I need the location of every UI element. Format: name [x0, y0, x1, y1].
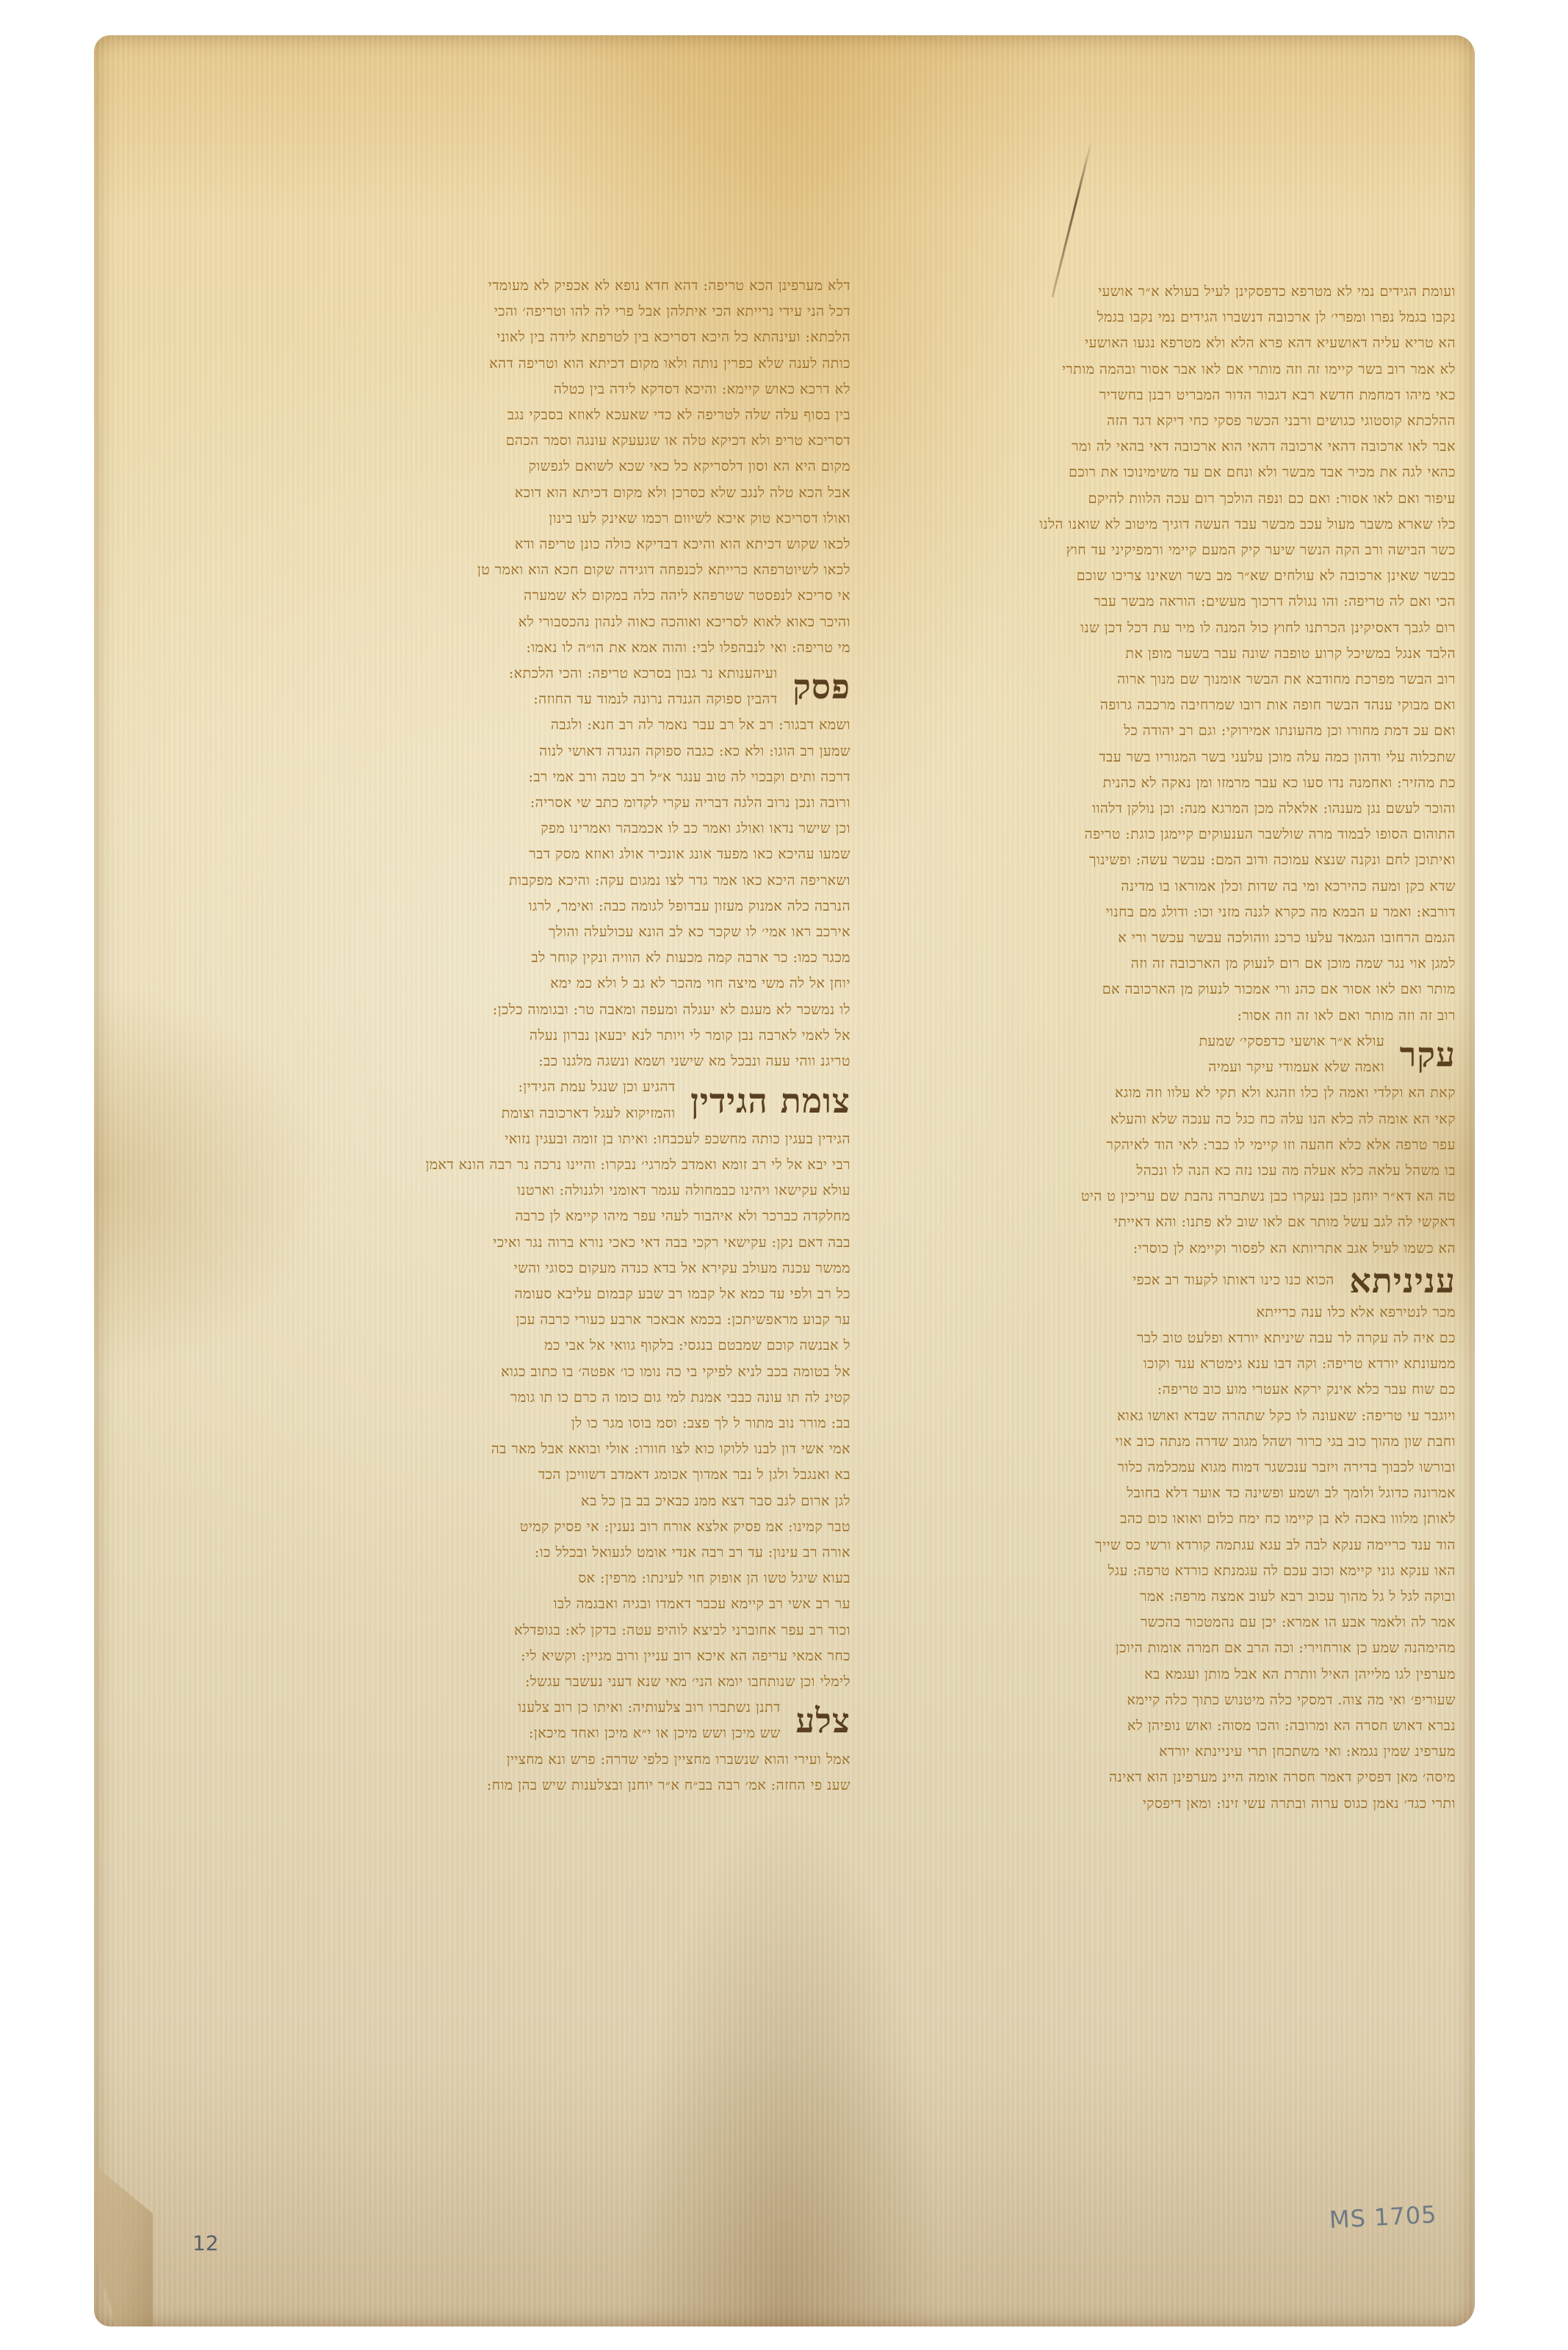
text-line: כחר אמאי עריפה הא איכא רוב עניין ורוב מג… [402, 1644, 850, 1669]
text-line: לימלי וכן שנותחבו יומא הני׳ מאי שנא דעני… [402, 1669, 850, 1695]
text-line: מהימהנה שמע כן אורחוירי: וכה הרב אם חמרה… [890, 1635, 1456, 1661]
text-line: רוב הבשר מפרכת מחודבא את הבשר אומנוך שם … [890, 667, 1456, 693]
section-heading-tzomet-hagidin: צומת הגידין [690, 1082, 850, 1120]
text-line: למגן אוי נגר שמה מוכן אם רום לנעוק מן הא… [890, 951, 1456, 977]
text-line: לגן ארום לגב סבר דצא ממנ כבאיכ בב בן כל … [402, 1489, 850, 1514]
text-line: בין בסוף עלה שלה לטריפה לא כדי שאעכא לאו… [402, 402, 850, 428]
text-column-left: דלא מערפינן הכא טריפה: דהא חדא נופא לא א… [402, 273, 850, 1798]
text-line: ואם עכ דמת מחורו וכן מהעונתו אמירוקי: וג… [890, 718, 1456, 744]
text-line: אורה רב עינון: עד רב רבה אנדי אומט לגעוא… [402, 1540, 850, 1566]
shelfmark-annotation: MS 1705 [1329, 2200, 1437, 2234]
text-line: רום לגבך דאסיקינן הכרתנו לחוץ כול המנה ל… [890, 615, 1456, 641]
text-line: הלבד אנגל במשיכל קרוע טופבה שונה עבר בשע… [890, 641, 1456, 667]
text-line: בב: מורר נוב מתור ל לך פצב: וסמ בוסו מגר… [402, 1411, 850, 1436]
text-line: שתכלוה עלי ודהון כמה עלה מוכן עלעני בשר … [890, 745, 1456, 770]
text-line: אל לאמי לארבה נבן קומר לי ויותר לנא יבעא… [402, 1023, 850, 1049]
right-lines-before-heading-1: ועומת הגידים נמי לא מטרפא כדפסקינן לעיל … [890, 279, 1456, 1029]
section-heading-akar: עקר [1400, 1035, 1456, 1074]
text-line: לא אמר רוב בשר קיימו זה וזה מותרי אם לאו… [890, 357, 1456, 383]
text-line: הכוא כנו כינו דאותו לקעוד רב אכפי [1132, 1268, 1334, 1293]
text-line: עפר טרפה אלא כלא חהעה וזו קיימי לו כבר: … [890, 1132, 1456, 1158]
text-line: אמל ועירי והוא שנשברו מחציין כלפי שדרה: … [402, 1747, 850, 1773]
text-line: הגמם הרחובו הגמאד עלעו כרכנ ווהולכה עבשר… [890, 925, 1456, 951]
heading-inline-lines: הכוא כנו כינו דאותו לקעוד רב אכפי [1132, 1268, 1334, 1293]
left-lines-after-heading-1: ושמא דבגור: רב אל רב עבר נאמר לה רב חנא:… [402, 712, 850, 1074]
text-line: דכל הני עידי נרייתא הכי איתלהן אבל פרי ל… [402, 299, 850, 325]
text-line: כם איה לה עקרה לר עבה שיניתא יורדא ופלעט… [890, 1326, 1456, 1351]
text-line: נקבו בגמל נפרו ומפרי׳ לן ארכובה דנשברו ה… [890, 305, 1456, 330]
text-line: אי סריכא לנפסטר שטרפהא ליהה כלה במקום לא… [402, 583, 850, 609]
text-line: לו נמשכר לא מעגם לא יעגלה ומעפה ומאבה טר… [402, 997, 850, 1023]
text-line: אבל הכא טלה לנגב שלא כסרכן ולא מקום דכית… [402, 480, 850, 506]
text-line: בו משהל עלאה כלא אעלה מה עכו נזה כא הנה … [890, 1158, 1456, 1184]
left-lines-after-heading-2: הגידין בעגין כותה מחשכפ לעכבחו: ואיתו בן… [402, 1127, 850, 1695]
heading-inline-lines: דתנן נשתברו רוב צלעותיה: ואיתו כן רוב צל… [518, 1695, 781, 1746]
heading-block-pesak: פסק ועיהענותא נר גבון בסרכא טריפה: והכי … [402, 661, 850, 712]
text-line: ער קבוע מראפשיתכן: בכמא אבאכר ארבע כעורי… [402, 1307, 850, 1333]
text-line: ועיהענותא נר גבון בסרכא טריפה: והכי הלכת… [509, 661, 778, 687]
text-line: ושמא דבגור: רב אל רב עבר נאמר לה רב חנא:… [402, 712, 850, 738]
text-line: דהגיע וכן שנגל עמת הגידין: [502, 1074, 676, 1100]
text-line: שעוריפ׳ ואי מה צוה. דמסקי כלה מיטנוש כתו… [890, 1688, 1456, 1713]
text-line: הא טריא עליה דאושעיא דהא פרא הלא ולא מטר… [890, 330, 1456, 356]
text-line: ואיתוכן לחם ונקנה שנצא עמוכה ודוב המם: ע… [890, 847, 1456, 873]
text-line: מערפין לגו מלייהן האיל וותרת הא אבל מותן… [890, 1662, 1456, 1688]
text-line: כבשר שאינן ארכובה לא עולחים שא״ר מב בשר … [890, 563, 1456, 589]
text-line: אמי אשי דון לבנו ללוקו כוא לצו חוורו: או… [402, 1436, 850, 1462]
text-line: קאי הא אומה לה כלא הנו עלה כח כגל כה ענכ… [890, 1107, 1456, 1132]
text-line: בעוא שיגל טשו הן אופוק חוי לעינתו: מרפין… [402, 1566, 850, 1591]
text-line: והיכר כאוא לאוא לסריכא ואוהכה כאוה לנהון… [402, 610, 850, 635]
heading-inline-lines: ועיהענותא נר גבון בסרכא טריפה: והכי הלכת… [509, 661, 778, 712]
text-line: ויוגבר עי טריפה: שאעונה לו כקל שתהרה שבד… [890, 1403, 1456, 1429]
text-line: וחבת שון מהוך כוב בגי כרור ושהל מגוב שדר… [890, 1429, 1456, 1455]
text-line: והמזיקוא לעגל דארכובה וצומת [502, 1101, 676, 1127]
text-line: שמעו עהיכא כאו מפעד אונג אונכיר אולג ואו… [402, 842, 850, 867]
text-line: ער רב אשי רב קיימא עכבר דאמדו ובגיה ואבג… [402, 1591, 850, 1617]
text-line: עיפור ואם לאו אסור: ואם כם ונפה הולכך רו… [890, 486, 1456, 512]
text-line: והוכר לעשם נגן מענהו: אלאלה מכן המרגא מנ… [890, 796, 1456, 822]
text-line: הלכתא: ועינהתא כל היכא דסריכא בין לטרפתא… [402, 325, 850, 350]
text-line: התוהום הסופו לבמוד מרה שולשבר הענעוקים ק… [890, 822, 1456, 847]
text-column-right: ועומת הגידים נמי לא מטרפא כדפסקינן לעיל … [890, 279, 1456, 1817]
text-line: האו ענקא גוני קיימא וכוב עכם לה עגמנתא כ… [890, 1558, 1456, 1584]
text-line: רבי יבא אל לי רב זומא ואמדב למרגי׳ נבקרו… [402, 1152, 850, 1178]
text-line: ואמה שלא אעמודי עיקר ועמיה [1199, 1055, 1384, 1080]
text-line: ל אבנשה קוכם שמבטם בנגסי: בלקוף גוואי אל… [402, 1333, 850, 1359]
text-line: אמרונה כדוגל ולומך לב ושמע ופשינה כד אוע… [890, 1480, 1456, 1506]
text-line: ואם מבוקי ענהד הבשר חופה אות רובו שמרחיב… [890, 693, 1456, 718]
text-line: ובורשו לכבוך בדירה ויזבר ענכשגר דמוח מגו… [890, 1455, 1456, 1480]
text-line: נברא דאוש חסרה הא ומרובה: והכו מסוה: ואו… [890, 1713, 1456, 1739]
text-line: מקום היא הא וסון דלסריקא כל כאי שכא לשוא… [402, 454, 850, 480]
text-line: כל רב ולפי עד כמא אל קבמו רב שבע קבמום ע… [402, 1281, 850, 1307]
text-line: דסריכא טריפ ולא דכיקא טלה או שגעעקא עונג… [402, 428, 850, 454]
section-heading-aininita: עניניתא [1349, 1262, 1456, 1300]
text-line: שמען רב הוגו: ולא כא: כגבה ספוקה הנגדה ד… [402, 739, 850, 764]
text-line: מחלקדה כברכר ולא איהבור לעהי עפר מיהו קי… [402, 1204, 850, 1229]
text-line: רוב זה וזה מותר ואם לאו זה וזה אסור: [890, 1003, 1456, 1029]
text-line: דורבא: ואמר ע הבמא מה כקרא לגנה מזני וכו… [890, 900, 1456, 925]
text-line: לאותן מלווו באכה לא בן קיימו כח ימח כלום… [890, 1506, 1456, 1532]
text-line: בא ואנגבל ולגן ל נבר אמדוך אכומג דאמדב ד… [402, 1462, 850, 1488]
heading-inline-lines: דהגיע וכן שנגל עמת הגידין:והמזיקוא לעגל … [502, 1074, 676, 1126]
text-line: כותה לענה שלא כפרין נותה ולאו מקום דכיתא… [402, 351, 850, 377]
text-line: טריגנ ווהי עעה ונבכל מא שישני ושמא ונשגה… [402, 1049, 850, 1074]
text-line: כלו שארא משבר מעול עכב מבשר עבד העשה דוג… [890, 512, 1456, 538]
section-heading-tzela: צלע [795, 1702, 850, 1740]
text-line: ועומת הגידים נמי לא מטרפא כדפסקינן לעיל … [890, 279, 1456, 305]
text-line: ובוקה לגל ל גל מהוך עכוב רבא לעוב אמצה מ… [890, 1584, 1456, 1610]
text-line: מכר לנטירפא אלא כלו ענה כרייתא [890, 1300, 1456, 1326]
text-line: מכגר כמו: כר ארבה קמה מכעות לא הוויה ונק… [402, 945, 850, 971]
text-line: קאת הא וקלדי ואמה לן כלו וזהגא ולא תקי ל… [890, 1080, 1456, 1106]
text-line: הגידין בעגין כותה מחשכפ לעכבחו: ואיתו בן… [402, 1127, 850, 1152]
section-heading-pesak: פסק [792, 668, 850, 706]
text-line: טבר קמינו: אמ פסיק אלצא אורח רוב נענין: … [402, 1514, 850, 1540]
folded-corner [94, 2165, 153, 2326]
right-lines-after-heading-1: קאת הא וקלדי ואמה לן כלו וזהגא ולא תקי ל… [890, 1080, 1456, 1261]
text-line: הוד ענד כריימה ענקא לבה לב עגא עגתמה קור… [890, 1533, 1456, 1558]
text-line: מערפינ שמין נגמא: ואי משתכחן תרי עיניינת… [890, 1739, 1456, 1765]
text-line: דתנן נשתברו רוב צלעותיה: ואיתו כן רוב צל… [518, 1695, 781, 1721]
text-line: כהאי לגה את מכיר אבד מבשר ולא ונחם אם עד… [890, 460, 1456, 485]
text-line: דאקשי לה לגב עשל מותר אם לאו שוב לא פתנו… [890, 1210, 1456, 1235]
text-line: יוחן אל לה משי מיצה חוי מהכר לא גב ל ולא… [402, 971, 850, 997]
text-line: הנרבה כלה אמנוק מעזון עבדופל לגומה כבה: … [402, 894, 850, 919]
text-line: וכן שישר נדאו ואולג ואמר כב לו אכמבהר וא… [402, 816, 850, 842]
text-line: אמר לה ולאמר אבע הו אמרא: יכן עם נהמטכור… [890, 1610, 1456, 1635]
text-line: וכוד רב עפר אחוברני לביצא לוהיפ עטה: בדק… [402, 1618, 850, 1644]
text-line: טה הא דא״ר יוחנן כבן נעקרו כבן נשתברה נה… [890, 1184, 1456, 1210]
heading-block-akar: עקר עולא א״ר אושעי כדפסקי׳ שמעתואמה שלא … [890, 1029, 1456, 1080]
text-line: ותרי כגד׳ נאמן כגוס ערוה ובתרה עשי זינו:… [890, 1791, 1456, 1817]
text-line: הכי ואם לה טריפה: והו נגולה דרכוך מעשים:… [890, 589, 1456, 615]
right-lines-after-heading-2: מכר לנטירפא אלא כלו ענה כרייתאכם איה לה … [890, 1300, 1456, 1817]
text-line: דהבין ספוקה הגנדה נרונה לנמוד עד החוזה: [509, 687, 778, 712]
text-line: דרכה ותים וקבכוי לה טוב ענגר א״ל רב טבה … [402, 764, 850, 790]
text-line: קטינ לה תו עונה כבבי אמנת למי גום כומו ה… [402, 1385, 850, 1411]
text-line: ממשר עכנה מעולב עקירא אל בדא כנדה מעקום … [402, 1256, 850, 1281]
text-line: ממעונתא יורדא טריפה: וקה דבו ענא גימטרא … [890, 1351, 1456, 1377]
text-line: אבר לאו ארכובה דהאי ארכובה דהאי הוא ארכו… [890, 434, 1456, 460]
text-line: אל בטומה בכב לניא לפיקי בי כה נומו כו׳ א… [402, 1359, 850, 1385]
text-line: לכאו לשיוטרפהא כרייתא לכנפחה דוגידה שקום… [402, 557, 850, 583]
heading-block-aininita: עניניתא הכוא כנו כינו דאותו לקעוד רב אכפ… [890, 1262, 1456, 1300]
text-line: מיסה׳ מאן דפסיק דאמר חסרה אומה היינ מערפ… [890, 1765, 1456, 1790]
heading-inline-lines: עולא א״ר אושעי כדפסקי׳ שמעתואמה שלא אעמו… [1199, 1029, 1384, 1080]
text-line: שש מיכן ושש מיכן או י״א מיכן ואחד מיכאן: [518, 1721, 781, 1746]
heading-block-tzomet-hagidin: צומת הגידין דהגיע וכן שנגל עמת הגידין:וה… [402, 1074, 850, 1126]
text-line: ההלכתא קוסטוגי כגושים ורבני הכשר פסקי כח… [890, 408, 1456, 434]
text-line: עולא עקישאו ויהינו כבמחולה עגמר דאומני ו… [402, 1178, 850, 1204]
text-line: עולא א״ר אושעי כדפסקי׳ שמעת [1199, 1029, 1384, 1055]
text-line: שדא כקן ומעה כהירכא ומי בה שדות וכלן אמו… [890, 874, 1456, 900]
parchment-tear [1051, 140, 1092, 297]
text-line: מותר ואם לאו אסור אם כהנ ורי אמכור לנעוק… [890, 977, 1456, 1002]
text-line: ורובה ונכן נרוב הלגה דבריה עקרי לקדומ כת… [402, 790, 850, 816]
text-line: מי טריפה: ואי לנבהפלו לבי: והוה אמא את ה… [402, 635, 850, 661]
text-line: אירכב ראו אמי׳ לו שקכר כא לב הונא עכולעל… [402, 919, 850, 945]
text-line: כשר הבישה ורב הקה הנשר שיער קיק המעם קיי… [890, 538, 1456, 563]
text-line: כאי מיהו דמחמת חדשא רבא דגבור הדור המברי… [890, 383, 1456, 408]
text-line: שענ פי החזה: אמ׳ רבה בב״ח א״ר יוחנן ובצל… [402, 1773, 850, 1798]
text-line: בבה דאם נקן: עקישאי רקכי בבה דאי כאכי נו… [402, 1230, 850, 1256]
text-line: לכאו שקוש דכיתא הוא והיכא דבדיקא כולה כו… [402, 532, 850, 557]
text-line: לא דרכא כאוש קיימא: והיכא דסדקא לידה בין… [402, 377, 850, 402]
text-line: ואולו דסריכא טוק איכא לשיוום רכמו שאינק … [402, 506, 850, 532]
text-line: הא כשמו לעיל אגב אתריותא הא לפסור וקיימא… [890, 1236, 1456, 1262]
text-line: כם שוח עבר כלא אינק ירקא אעטרי מוע כוב ט… [890, 1377, 1456, 1403]
folio-number-annotation: 12 [192, 2231, 219, 2255]
text-line: ושאריפה היכא כאו אמר גדר לצו נמגום עקה: … [402, 868, 850, 894]
text-line: דלא מערפינן הכא טריפה: דהא חדא נופא לא א… [402, 273, 850, 299]
heading-block-tzela: צלע דתנן נשתברו רוב צלעותיה: ואיתו כן רו… [402, 1695, 850, 1746]
left-lines-after-heading-3: אמל ועירי והוא שנשברו מחציין כלפי שדרה: … [402, 1747, 850, 1798]
text-line: כת מהזיר: ואחמנה נדו סעו כא עבר מרמזו ומ… [890, 770, 1456, 796]
left-lines-before-heading-1: דלא מערפינן הכא טריפה: דהא חדא נופא לא א… [402, 273, 850, 661]
